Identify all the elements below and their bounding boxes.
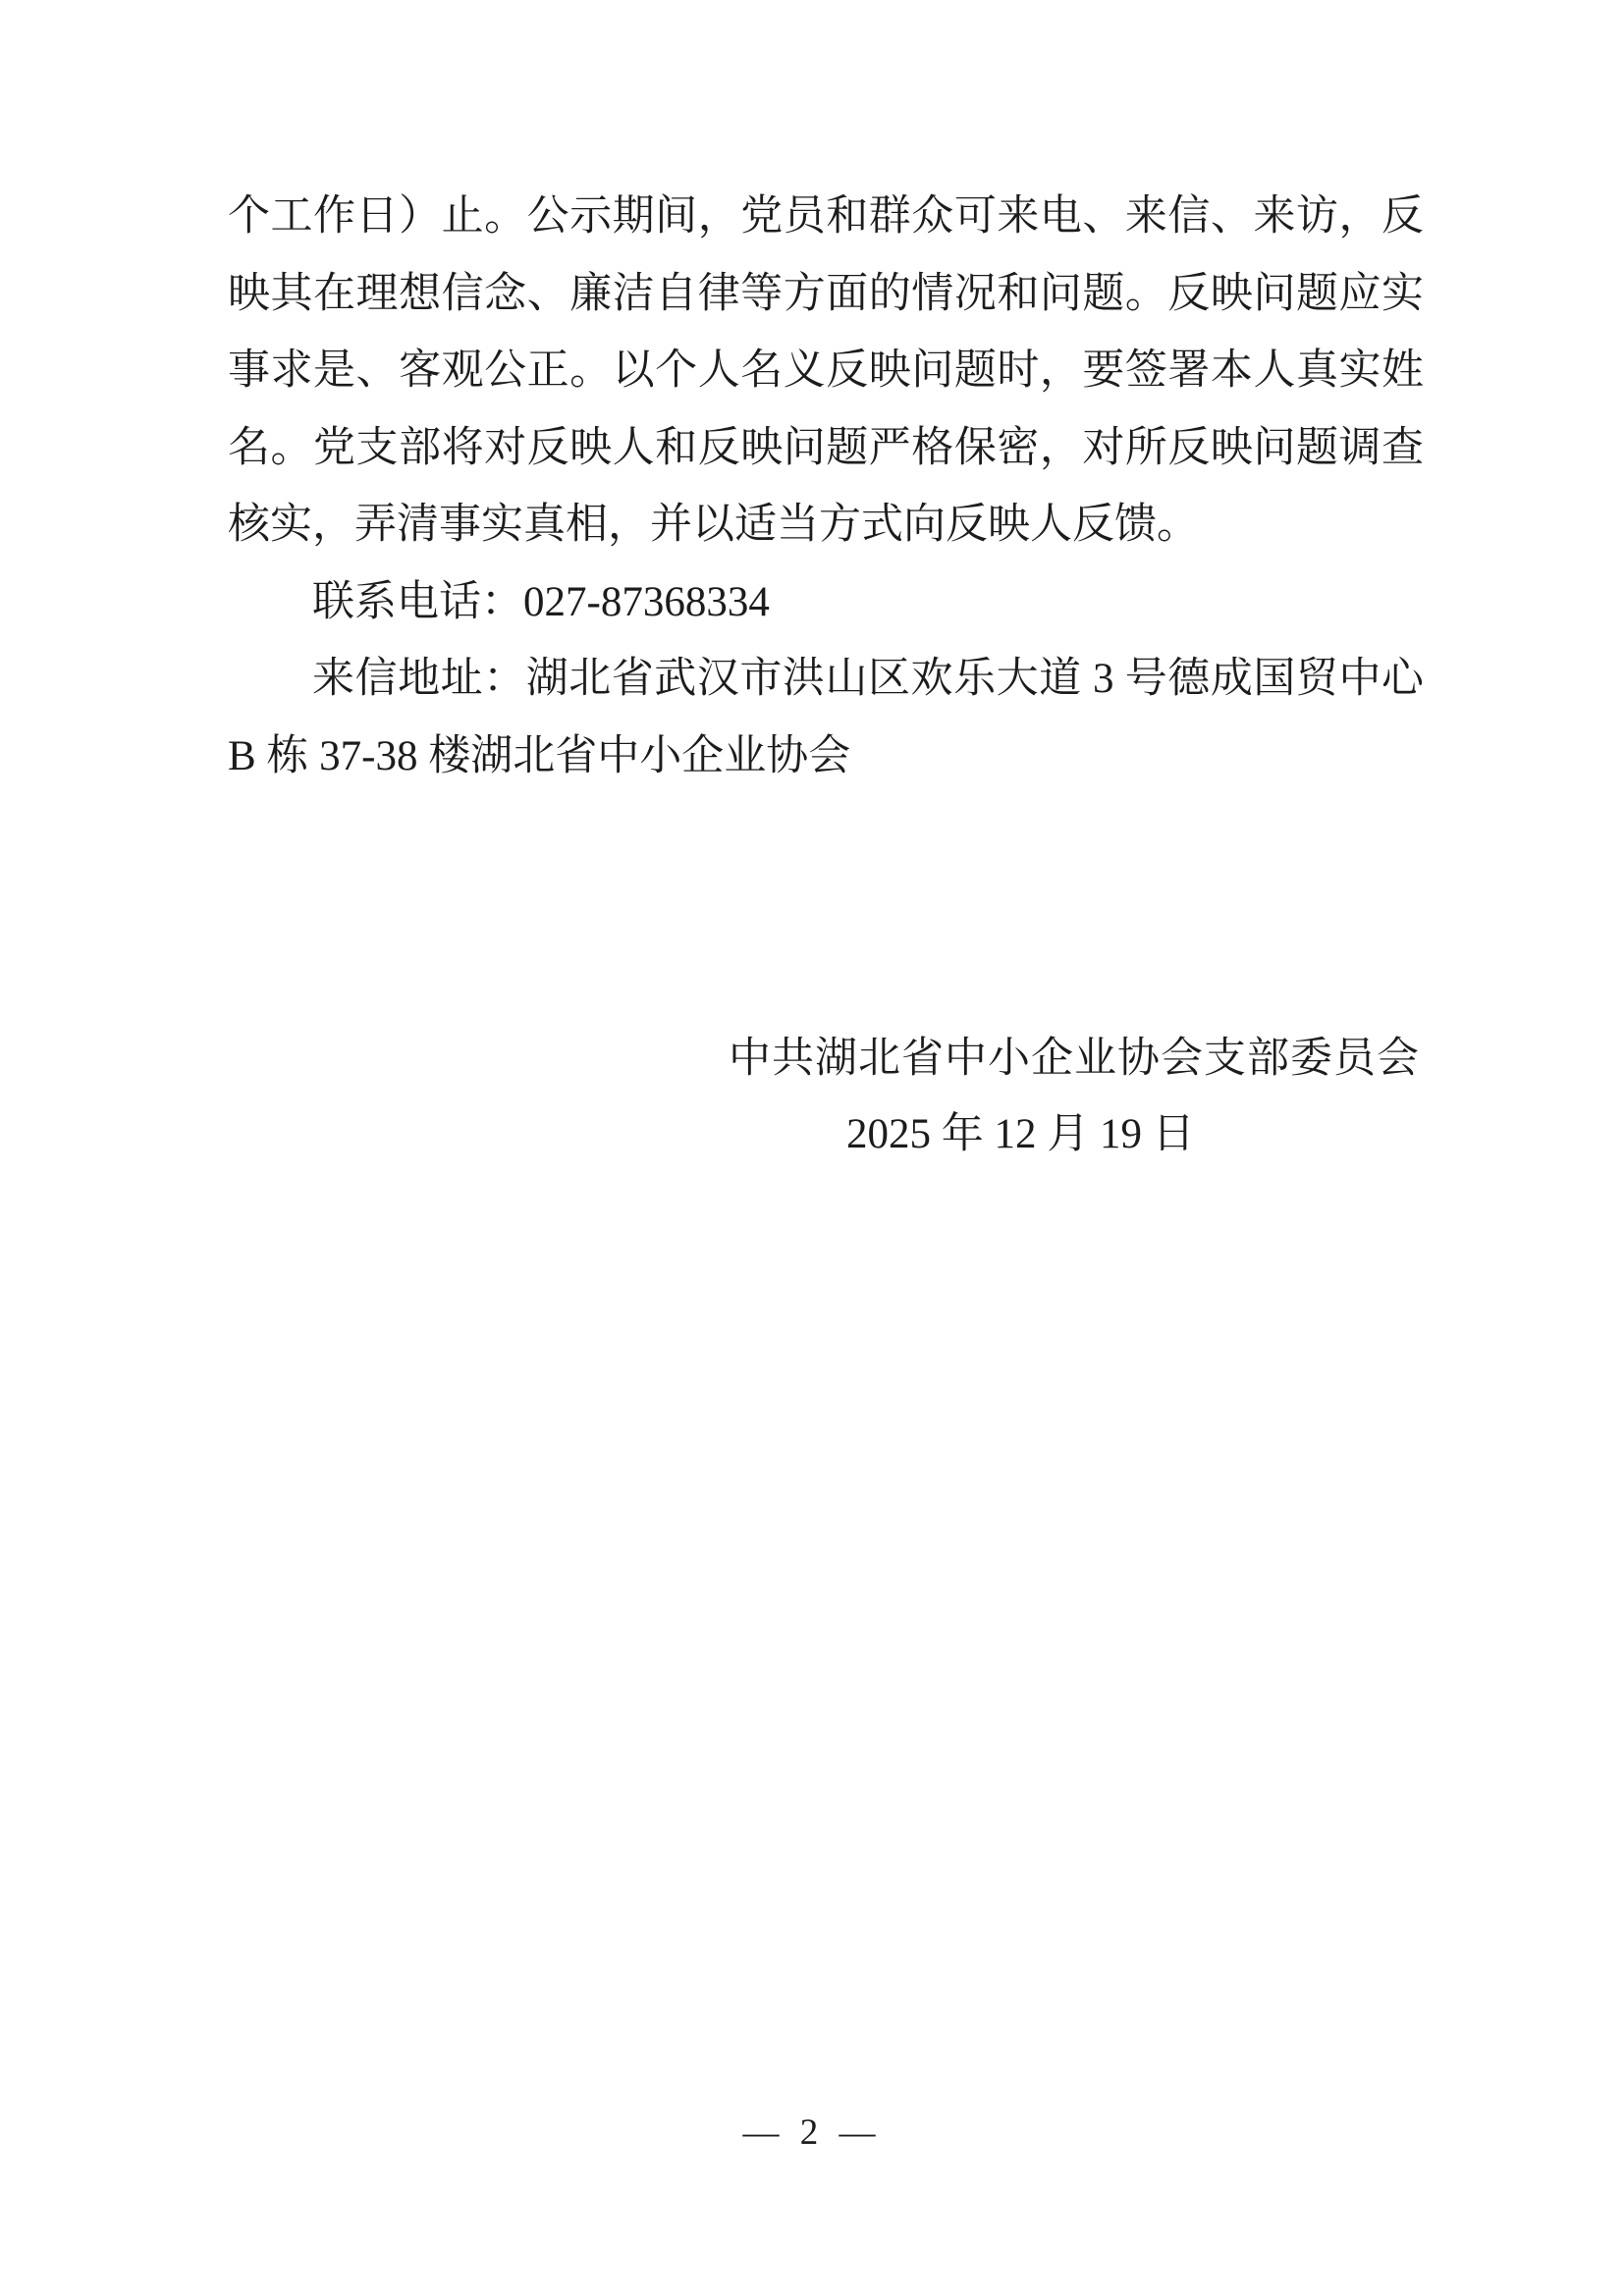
body-line-3: 事求是、客观公正。以个人名义反映问题时，要签署本人真实姓	[228, 333, 1424, 410]
date-line: 2025 年 12 月 19 日	[846, 1096, 1195, 1174]
body-paragraph: 个工作日）止。公示期间，党员和群众可来电、来信、来访，反 映其在理想信念、廉洁自…	[228, 179, 1424, 795]
page-number: — 2 —	[0, 2112, 1624, 2154]
body-line-1: 个工作日）止。公示期间，党员和群众可来电、来信、来访，反	[228, 179, 1424, 256]
body-line-4: 名。党支部将对反映人和反映问题严格保密，对所反映问题调查	[228, 410, 1424, 488]
contact-phone-line: 联系电话：027-87368334	[228, 564, 1424, 642]
mailing-address-line-2: B 栋 37-38 楼湖北省中小企业协会	[228, 719, 1424, 796]
signature-line: 中共湖北省中小企业协会支部委员会	[729, 1021, 1420, 1098]
body-line-5: 核实，弄清事实真相，并以适当方式向反映人反馈。	[228, 487, 1424, 564]
document-page: 个工作日）止。公示期间，党员和群众可来电、来信、来访，反 映其在理想信念、廉洁自…	[0, 0, 1624, 2296]
mailing-address-line-1: 来信地址：湖北省武汉市洪山区欢乐大道 3 号德成国贸中心	[228, 641, 1424, 719]
body-line-2: 映其在理想信念、廉洁自律等方面的情况和问题。反映问题应实	[228, 256, 1424, 334]
